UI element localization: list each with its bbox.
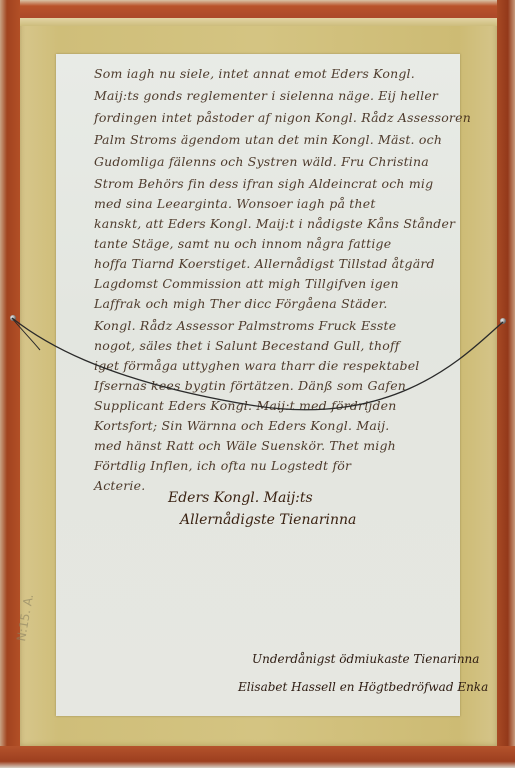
hanging-wire	[0, 0, 515, 768]
